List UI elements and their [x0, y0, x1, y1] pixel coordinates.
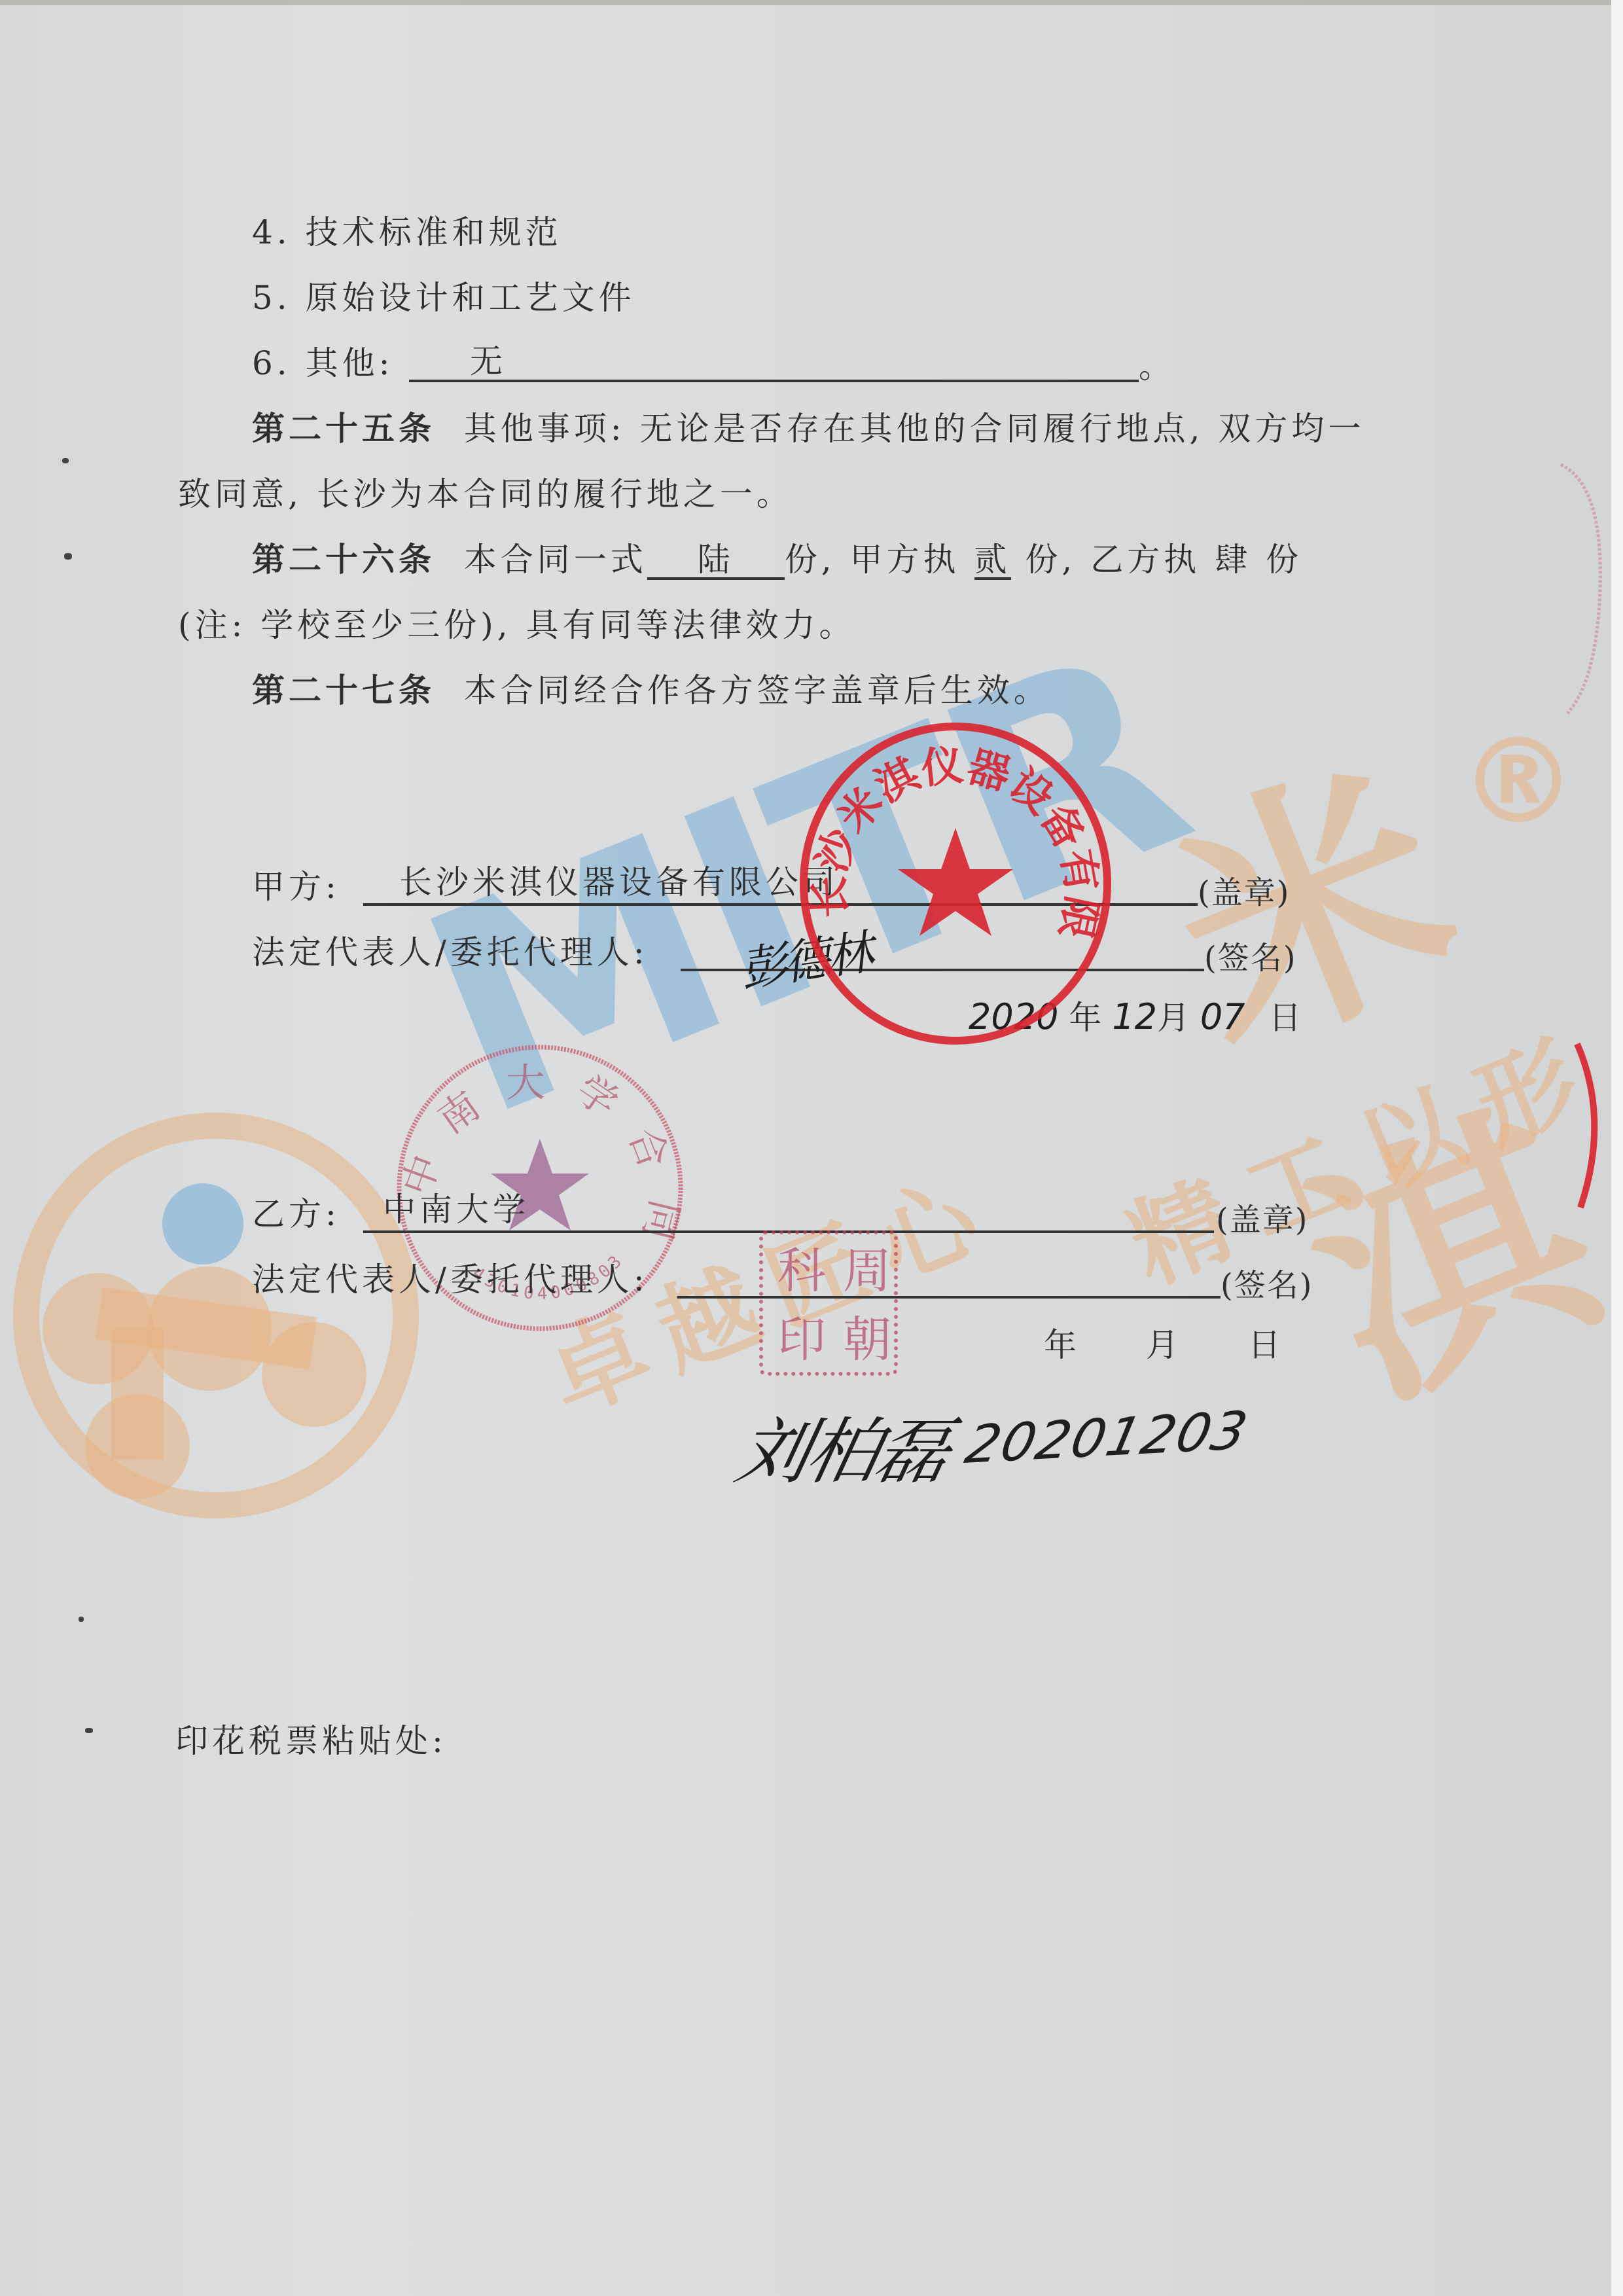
- month-label: 月: [1146, 1326, 1179, 1364]
- article-27-text: 本合同经合作各方签字盖章后生效。: [464, 672, 1050, 709]
- article-26-mid2: 份, 乙方执: [1025, 541, 1200, 579]
- party-a-date-month: 12: [1112, 996, 1157, 1037]
- list-item: 5. 原始设计和工艺文件: [252, 278, 635, 317]
- party-a-name-line: [363, 903, 1198, 906]
- article-27-heading: 第二十七条: [252, 672, 435, 709]
- total-copies-field: 陆: [647, 542, 785, 580]
- personal-seal-char: 印: [763, 1303, 829, 1372]
- right-edge-seal-arc: [1571, 1041, 1616, 1211]
- party-b-personal-seal: 周朝科印: [759, 1230, 898, 1376]
- party-a-signature: 彭德林: [736, 914, 874, 1000]
- other-fill-value: 无: [470, 342, 507, 381]
- scan-top-edge: [0, 0, 1623, 5]
- personal-seal-char: 科: [763, 1234, 829, 1303]
- day-label: 日: [1269, 999, 1302, 1037]
- party-b-name-line: [363, 1230, 1214, 1233]
- other-end-punct: 。: [1139, 347, 1175, 386]
- stamp-tax-label: 印花税票粘贴处:: [175, 1721, 447, 1761]
- article-27: 第二十七条 本合同经合作各方签字盖章后生效。: [252, 671, 1050, 710]
- list-number: 5.: [252, 279, 291, 317]
- personal-seal-char: 朝: [829, 1303, 894, 1372]
- article-25-text: 其他事项: 无论是否存在其他的合同履行地点, 双方均一: [464, 410, 1365, 448]
- party-a-sign-note: (签名): [1204, 933, 1296, 978]
- watermark-registered: ®: [1459, 713, 1577, 850]
- party-a-date-day: 07: [1200, 996, 1245, 1037]
- scan-speck: [85, 1728, 93, 1733]
- list-number: 6.: [252, 344, 291, 382]
- list-text: 技术标准和规范: [306, 213, 562, 251]
- article-26: 第二十六条 本合同一式陆份, 甲方执 贰 份, 乙方执 肆 份: [252, 540, 1302, 580]
- party-b-copies-field: 肆: [1215, 541, 1251, 579]
- scan-speck: [64, 553, 72, 560]
- party-a-seal-text: 长沙米淇仪器设备有限公司: [792, 720, 1106, 943]
- article-25: 第二十五条 其他事项: 无论是否存在其他的合同履行地点, 双方均一: [252, 409, 1364, 448]
- party-b-seal-text: 中南大学合同专用章: [386, 1034, 688, 1270]
- year-label: 年: [1069, 999, 1101, 1037]
- svg-text:中南大学合同专用章: 中南大学合同专用章: [386, 1034, 688, 1270]
- party-a-name: 长沙米淇仪器设备有限公司: [399, 863, 839, 902]
- scan-right-edge: [1611, 0, 1623, 2296]
- scan-speck: [79, 1617, 84, 1622]
- party-a-copies-field: 贰: [974, 542, 1011, 580]
- list-text: 原始设计和工艺文件: [306, 279, 635, 317]
- party-a-label: 甲方:: [252, 867, 340, 906]
- list-number: 4.: [252, 213, 291, 251]
- article-26-mid1: 份, 甲方执: [785, 541, 960, 579]
- month-label: 月: [1157, 999, 1190, 1037]
- party-a-date-year: 2020: [969, 996, 1058, 1037]
- party-b-sign-line: [677, 1296, 1221, 1299]
- party-b-date: 年 月 日: [1044, 1319, 1281, 1366]
- party-b-handwritten-signature: 刘柏磊: [728, 1394, 959, 1498]
- watermark-slogan-right: 精工以形: [1106, 992, 1620, 1309]
- party-a-date: 2020 年 12月 07 日: [969, 992, 1302, 1039]
- list-text: 其他:: [306, 344, 394, 382]
- year-label: 年: [1044, 1326, 1077, 1364]
- article-26-cont: (注: 学校至少三份), 具有同等法律效力。: [178, 605, 856, 645]
- party-b-label: 乙方:: [252, 1194, 340, 1234]
- article-26-heading: 第二十六条: [252, 541, 435, 579]
- list-item: 6. 其他:: [252, 344, 393, 383]
- seal-star-icon: [898, 828, 1013, 936]
- party-b-rep-label: 法定代表人/委托代理人:: [252, 1260, 649, 1299]
- article-25-heading: 第二十五条: [252, 410, 435, 448]
- party-a-seal-note: (盖章): [1198, 867, 1290, 912]
- svg-text:长沙米淇仪器设备有限公司: 长沙米淇仪器设备有限公司: [792, 720, 1106, 943]
- scan-speck: [62, 458, 69, 463]
- party-a-rep-label: 法定代表人/委托代理人:: [252, 933, 649, 972]
- other-blank-line: [409, 380, 1139, 382]
- list-item: 4. 技术标准和规范: [252, 213, 562, 252]
- personal-seal-char: 周: [829, 1234, 894, 1303]
- article-26-prefix: 本合同一式: [464, 541, 647, 579]
- article-26-suffix: 份: [1266, 541, 1302, 579]
- watermark-logo-icon: [7, 1106, 425, 1525]
- party-b-seal-note: (盖章): [1216, 1194, 1308, 1240]
- article-25-cont: 致同意, 长沙为本合同的履行地之一。: [178, 475, 793, 514]
- party-b-sign-note: (签名): [1221, 1260, 1313, 1305]
- day-label: 日: [1248, 1326, 1281, 1364]
- party-b-handwritten-date: 20201203: [960, 1400, 1254, 1475]
- party-b-name: 中南大学: [383, 1190, 529, 1229]
